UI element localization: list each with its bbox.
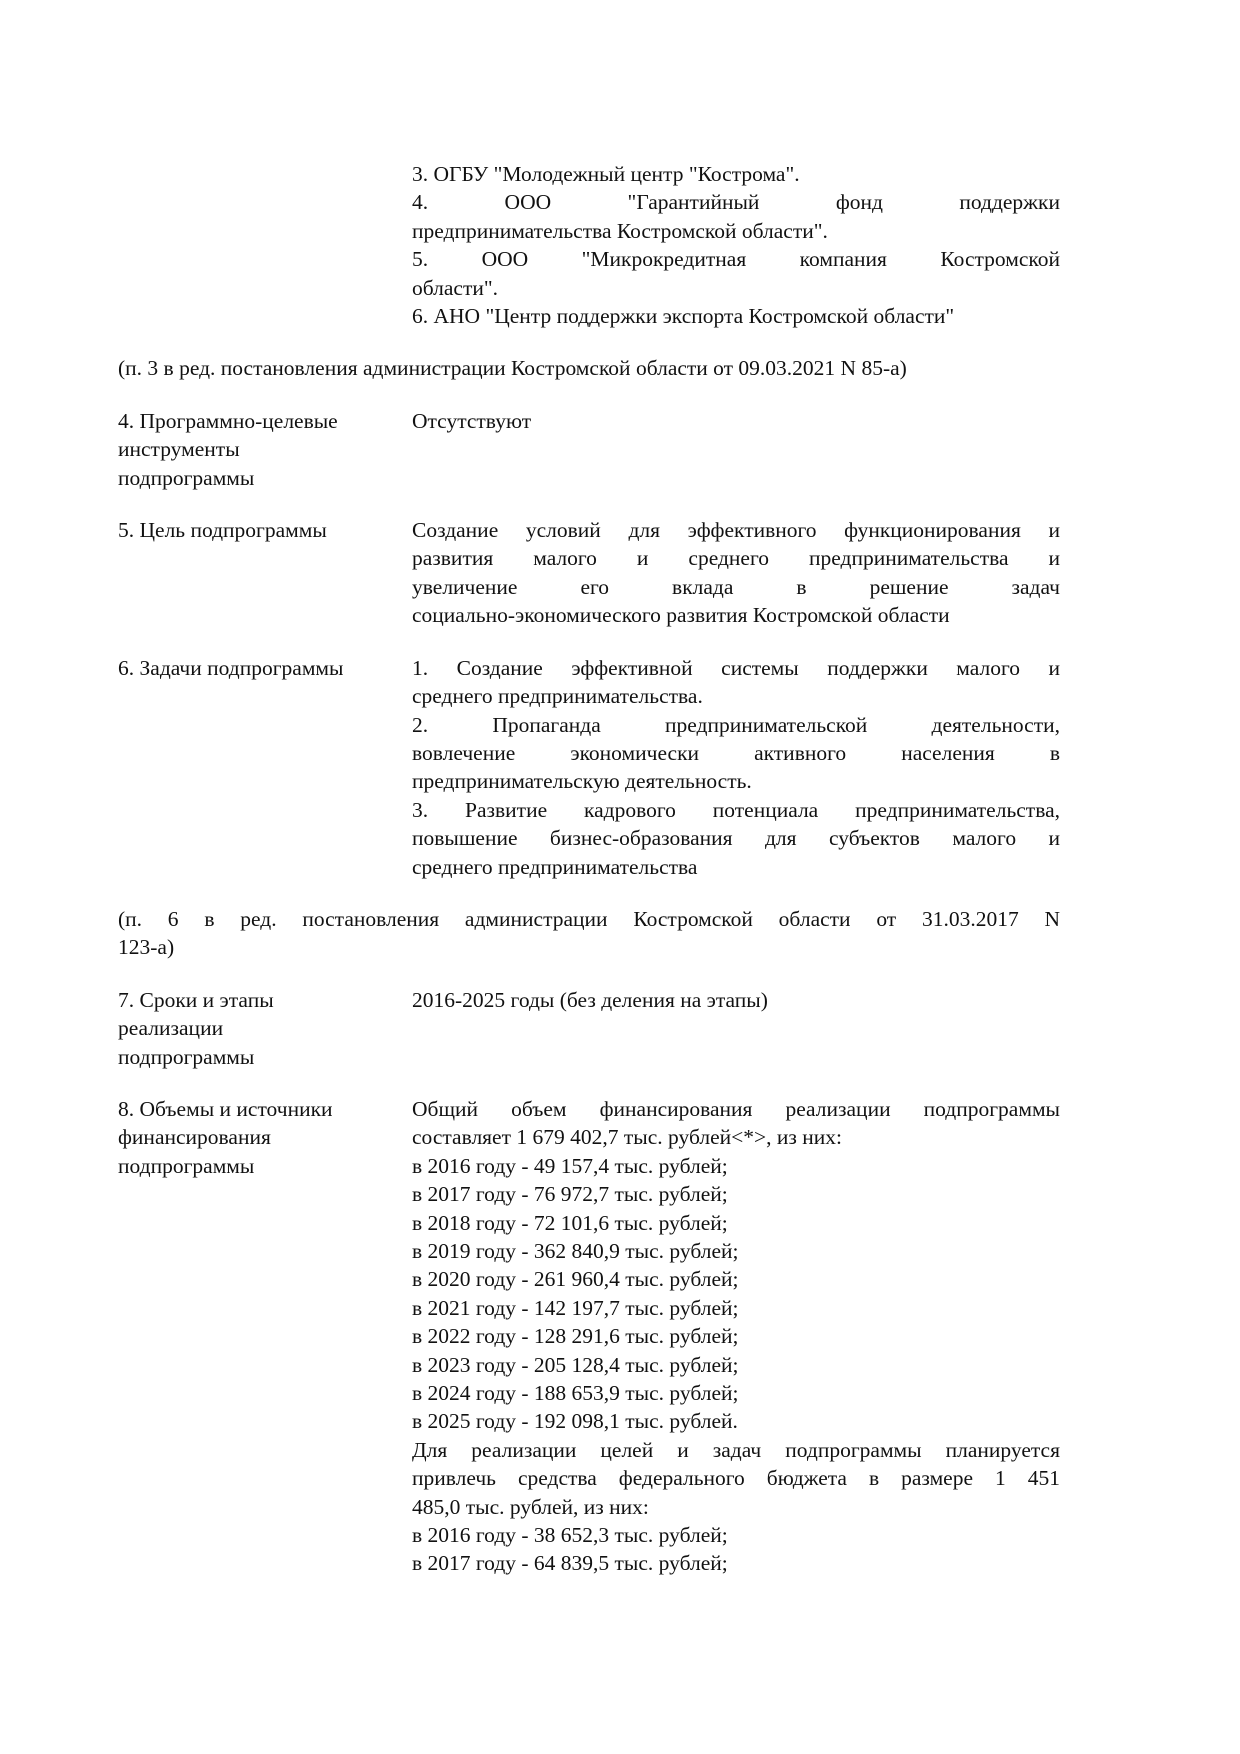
section-6: 6. Задачи подпрограммы 1. Создание эффек…: [118, 654, 1060, 881]
task-item: 2. Пропаганда предпринимательской деятел…: [412, 711, 1060, 796]
funding-year-line: в 2021 году - 142 197,7 тыс. рублей;: [412, 1294, 1060, 1322]
section-5-label: 5. Цель подпрограммы: [118, 516, 412, 630]
section-5: 5. Цель подпрограммы Создание условий дл…: [118, 516, 1060, 630]
funding-year-line: в 2019 году - 362 840,9 тыс. рублей;: [412, 1237, 1060, 1265]
section-4: 4. Программно-целевые инструменты подпро…: [118, 407, 1060, 492]
participant-item: 4. ООО "Гарантийный фонд поддержки предп…: [412, 188, 1060, 245]
task-item: 1. Создание эффективной системы поддержк…: [412, 654, 1060, 711]
funding-year-line: в 2017 году - 76 972,7 тыс. рублей;: [412, 1180, 1060, 1208]
section-7-label: 7. Сроки и этапы реализации подпрограммы: [118, 986, 412, 1071]
funding-year-line: в 2023 году - 205 128,4 тыс. рублей;: [412, 1351, 1060, 1379]
section-8-value: Общий объем финансирования реализации по…: [412, 1095, 1060, 1578]
funding-year-line: в 2018 году - 72 101,6 тыс. рублей;: [412, 1209, 1060, 1237]
federal-year-line: в 2016 году - 38 652,3 тыс. рублей;: [412, 1521, 1060, 1549]
funding-year-line: в 2022 году - 128 291,6 тыс. рублей;: [412, 1322, 1060, 1350]
section-6-tasks: 1. Создание эффективной системы поддержк…: [412, 654, 1060, 881]
amendment-note-p6: (п. 6 в ред. постановления администрации…: [118, 905, 1060, 962]
participant-item: 3. ОГБУ "Молодежный центр "Кострома".: [412, 160, 1060, 188]
section-7-value: 2016-2025 годы (без деления на этапы): [412, 986, 1060, 1071]
section-5-value: Создание условий для эффективного функци…: [412, 516, 1060, 630]
funding-year-line: в 2016 году - 49 157,4 тыс. рублей;: [412, 1152, 1060, 1180]
participants-label-empty: [118, 160, 412, 330]
section-4-label: 4. Программно-целевые инструменты подпро…: [118, 407, 412, 492]
section-8-label: 8. Объемы и источники финансирования под…: [118, 1095, 412, 1578]
section-4-value: Отсутствуют: [412, 407, 1060, 492]
amendment-note-p3: (п. 3 в ред. постановления администрации…: [118, 354, 1060, 382]
document-page: 3. ОГБУ "Молодежный центр "Кострома". 4.…: [118, 160, 1060, 1578]
funding-year-line: в 2025 году - 192 098,1 тыс. рублей.: [412, 1407, 1060, 1435]
participants-list: 3. ОГБУ "Молодежный центр "Кострома". 4.…: [412, 160, 1060, 330]
federal-year-line: в 2017 году - 64 839,5 тыс. рублей;: [412, 1549, 1060, 1577]
participants-block: 3. ОГБУ "Молодежный центр "Кострома". 4.…: [118, 160, 1060, 330]
funding-year-line: в 2020 году - 261 960,4 тыс. рублей;: [412, 1265, 1060, 1293]
task-item: 3. Развитие кадрового потенциала предпри…: [412, 796, 1060, 881]
participant-item: 5. ООО "Микрокредитная компания Костромс…: [412, 245, 1060, 302]
section-8: 8. Объемы и источники финансирования под…: [118, 1095, 1060, 1578]
funding-year-line: в 2024 году - 188 653,9 тыс. рублей;: [412, 1379, 1060, 1407]
section-7: 7. Сроки и этапы реализации подпрограммы…: [118, 986, 1060, 1071]
participant-item: 6. АНО "Центр поддержки экспорта Костром…: [412, 302, 1060, 330]
section-6-label: 6. Задачи подпрограммы: [118, 654, 412, 881]
